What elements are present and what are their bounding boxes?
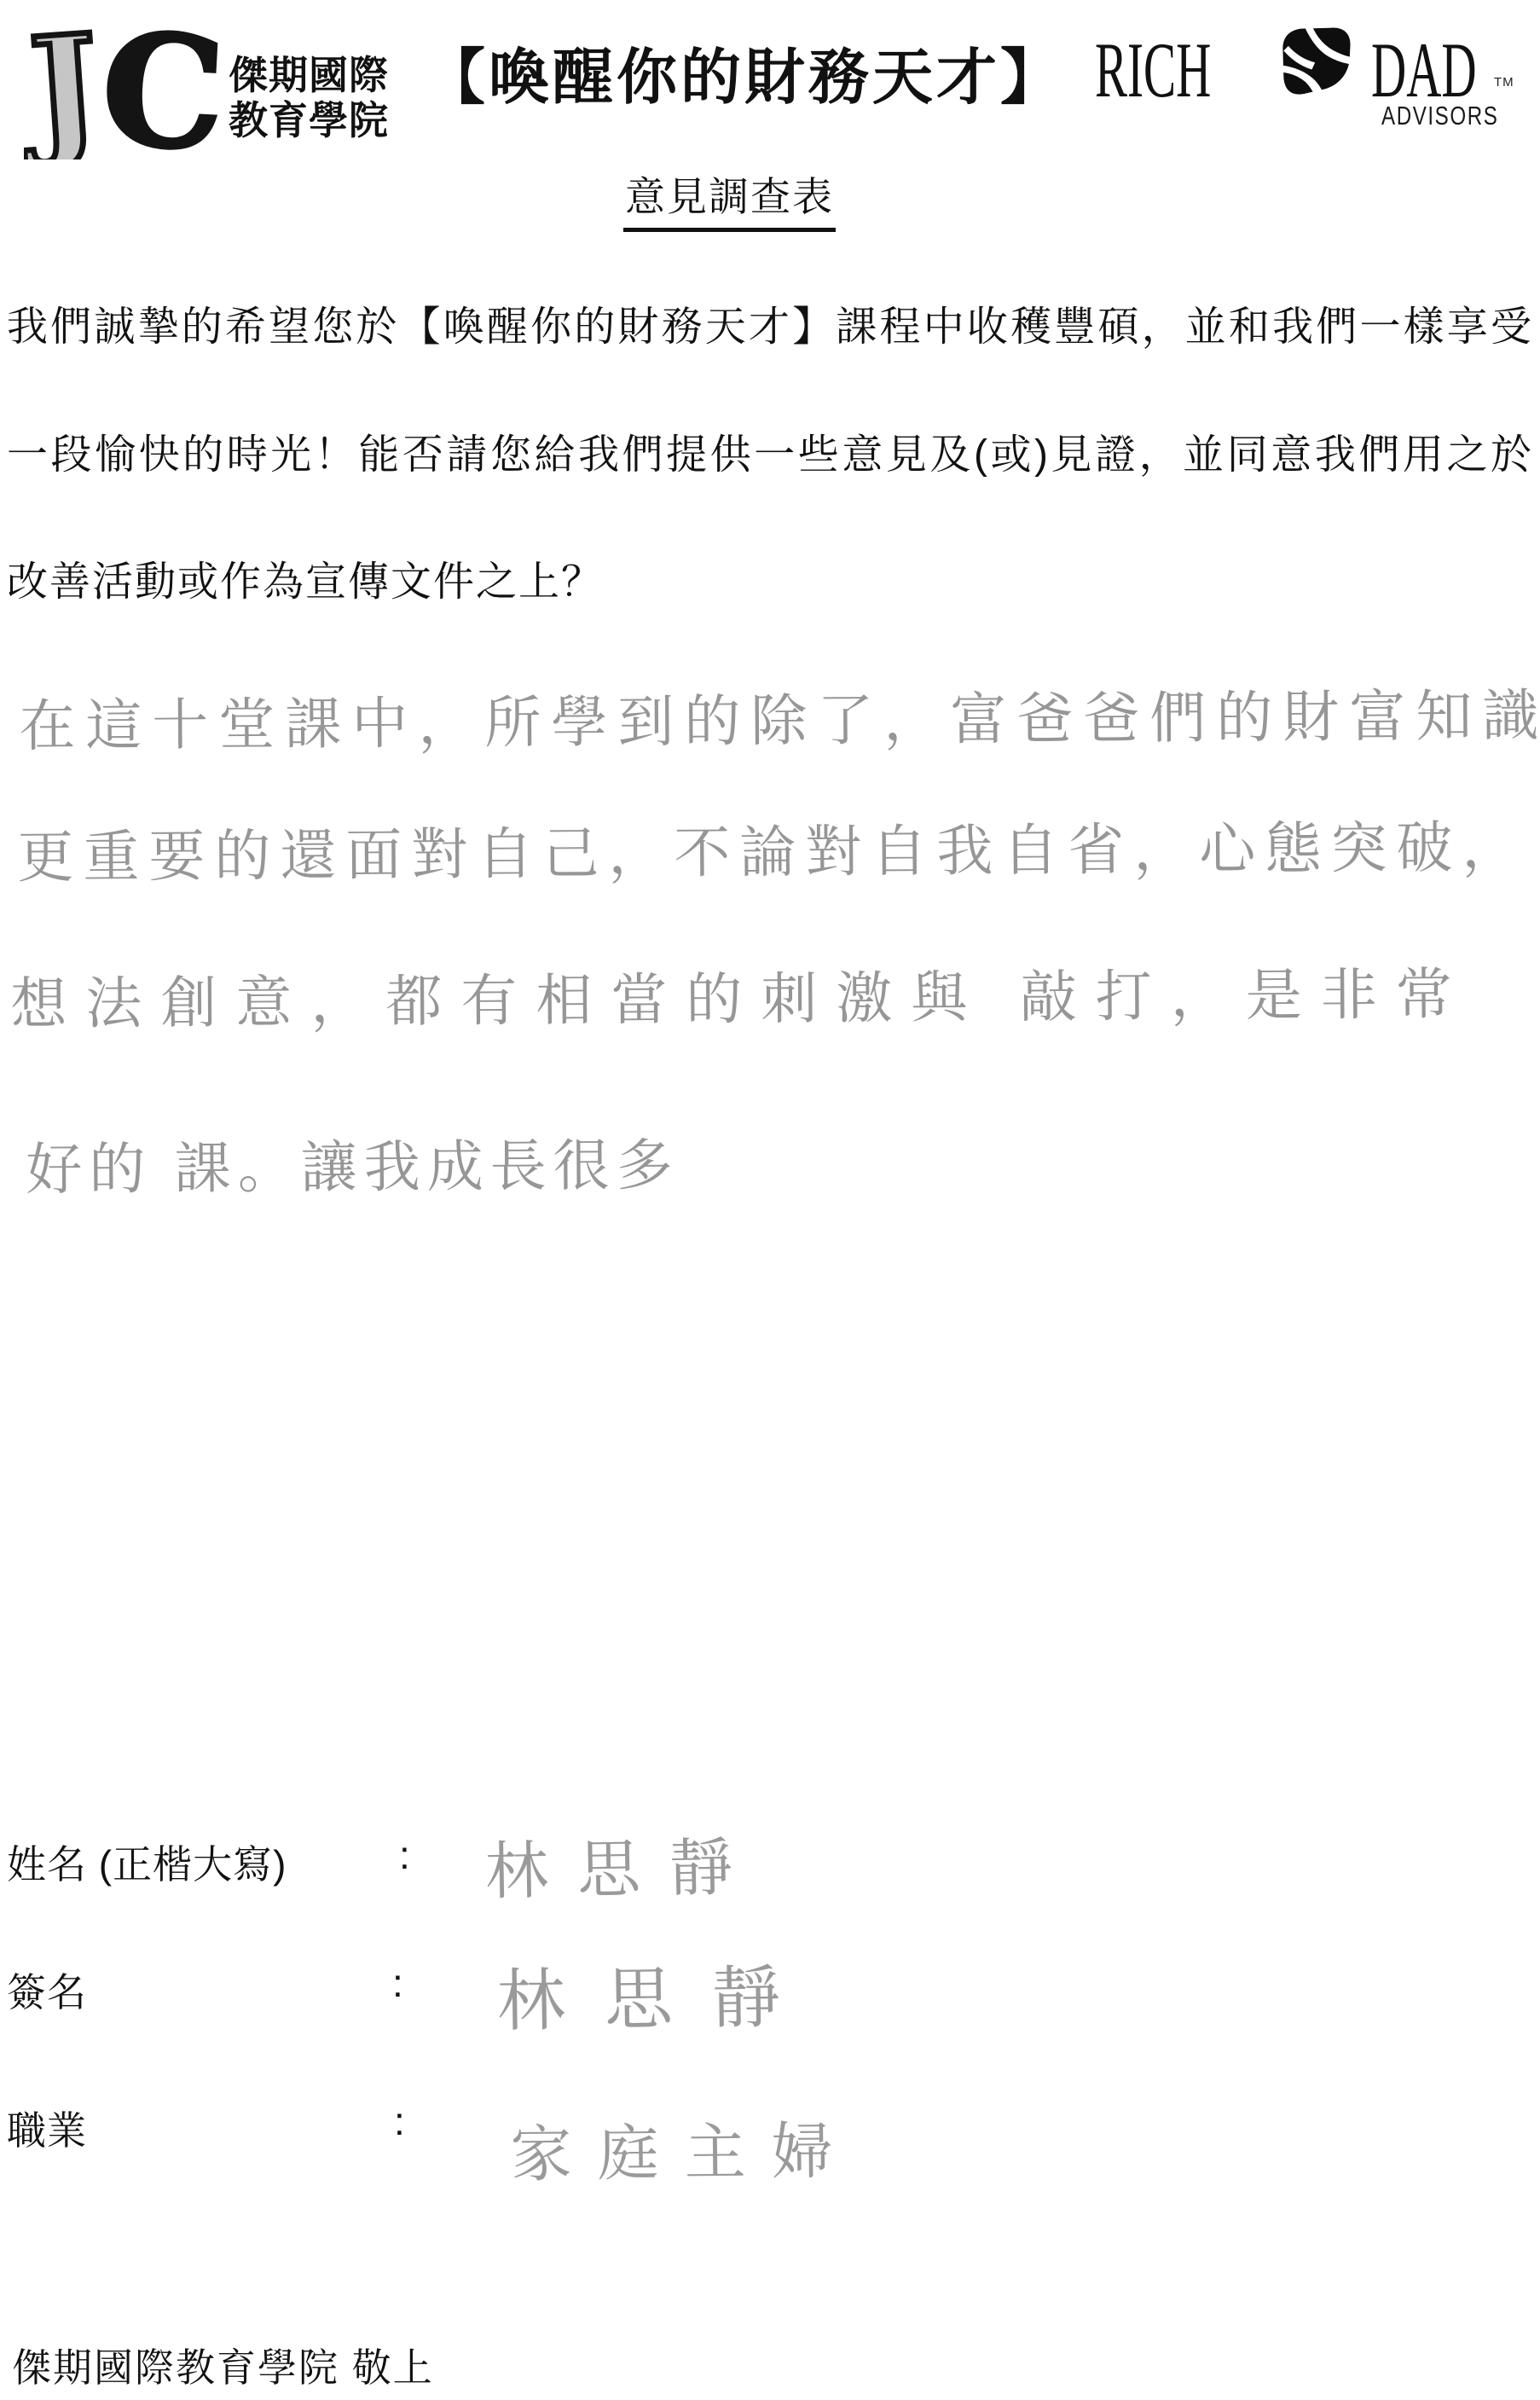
signature-field-label: 簽名: [7, 1962, 87, 2018]
signature-field-colon: :: [392, 1960, 403, 2006]
brand-dad-wordmark: DAD: [1371, 31, 1477, 109]
name-field-handwritten-value: 林思靜: [484, 1817, 762, 1912]
name-field-colon: :: [399, 1832, 410, 1878]
handwritten-feedback-line2: 更重要的還面對自己，不論對自我自省，心態突破，: [17, 802, 1528, 893]
intro-paragraph-line2: 一段愉快的時光！能否請您給我們提供一些意見及(或)見證，並同意我們用之於: [7, 421, 1533, 480]
brand-advisors-label: ADVISORS: [1381, 101, 1498, 131]
brand-trademark-label: TM: [1494, 75, 1514, 90]
handwritten-feedback-line1: 在這十堂課中，所學到的除了，富爸爸們的財富知識: [19, 670, 1540, 762]
intro-paragraph-line1: 我們誠摯的希望您於【喚醒你的財務天才】課程中收穫豐碩，並和我們一樣享受: [7, 293, 1533, 352]
occupation-field-handwritten-value: 家庭主婦: [510, 2101, 859, 2194]
jc-logo-letter-c: C: [97, 10, 224, 159]
occupation-field-label: 職業: [7, 2100, 87, 2156]
organization-name-line2: 教育學院: [229, 98, 389, 143]
jc-logo-icon: J C: [24, 10, 224, 159]
brand-rich-wordmark: RICH: [1095, 31, 1211, 109]
course-title: 【喚醒你的財務天才】: [425, 29, 1064, 116]
handwritten-feedback-line4: 好的 課。讓我成長很多: [26, 1120, 680, 1205]
jc-logo-letter-j: J: [24, 10, 104, 159]
intro-paragraph-line3: 改善活動或作為宣傳文件之上？: [7, 548, 1533, 607]
form-subtitle: 意見調查表: [623, 165, 836, 232]
rich-dad-emblem-icon: [1274, 26, 1359, 104]
occupation-field-colon: :: [394, 2098, 405, 2144]
footer-closing: 傑期國際教育學院 敬上: [12, 2337, 434, 2393]
organization-name-line1: 傑期國際: [229, 53, 389, 98]
signature-field-handwritten-value: 林思靜: [496, 1942, 820, 2044]
handwritten-feedback-line3: 想法創意，都有相當的刺激與 敲打，是非常: [10, 948, 1471, 1040]
name-field-label: 姓名 (正楷大寫): [7, 1834, 287, 1890]
organization-name: 傑期國際 教育學院: [229, 53, 389, 143]
survey-form-page: J C 傑期國際 教育學院 【喚醒你的財務天才】 RICH DAD TM ADV…: [0, 0, 1540, 2400]
